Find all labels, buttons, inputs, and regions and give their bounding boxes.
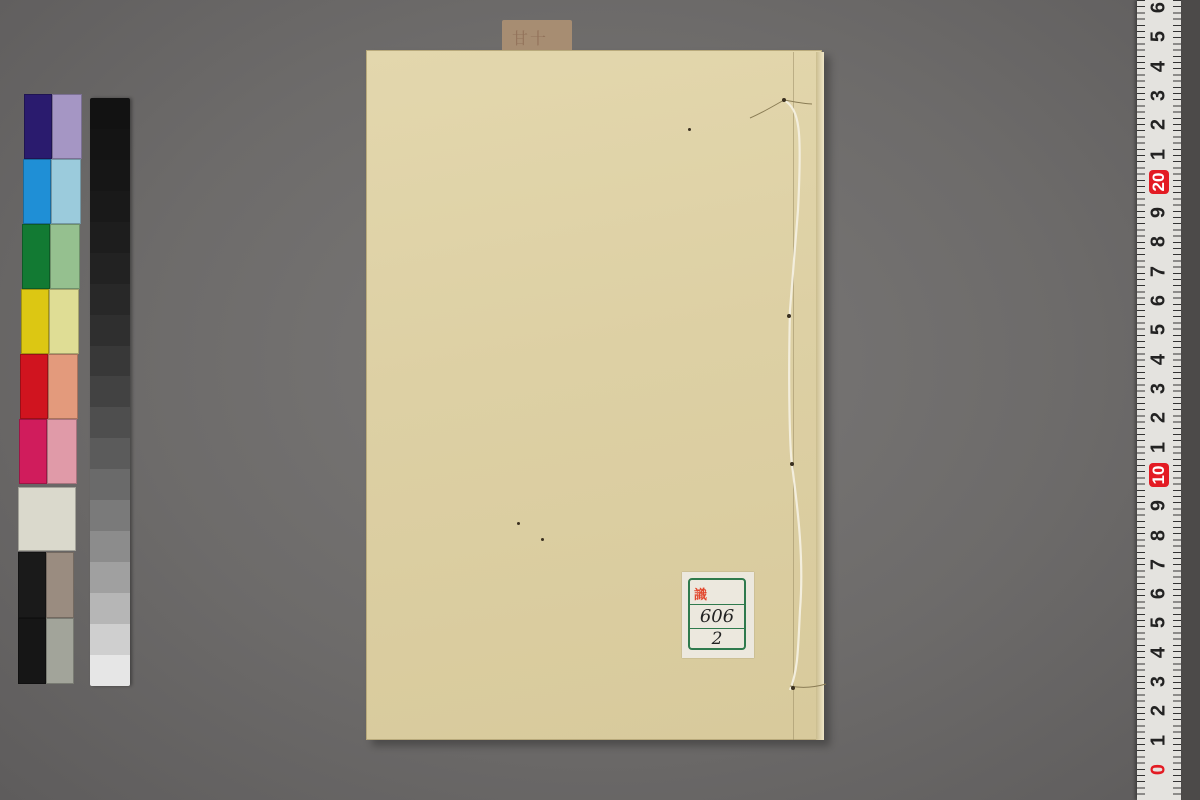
ruler-number: 6 [1148, 289, 1171, 313]
gray-step [90, 284, 130, 315]
ruler-number: 5 [1148, 25, 1171, 49]
top-tab-text: 甘十 [512, 26, 548, 49]
gray-step [90, 160, 130, 191]
ruler-number: 5 [1148, 611, 1171, 635]
black-patch [18, 552, 46, 618]
gray-step [90, 129, 130, 160]
ruler-number: 6 [1148, 0, 1171, 20]
ruler-number: 1 [1148, 142, 1171, 166]
ruler-number: 3 [1148, 83, 1171, 107]
gray-step [90, 624, 130, 655]
gray-step [90, 191, 130, 222]
color-swatch [24, 94, 52, 159]
ruler-number: 4 [1148, 347, 1171, 371]
library-call-number-label: 識 606 2 [682, 572, 754, 658]
gray-patch [46, 552, 74, 618]
gray-step [90, 469, 130, 500]
gray-step [90, 376, 130, 407]
binding-hole [782, 98, 786, 102]
binding-hole [791, 686, 795, 690]
color-swatch [51, 159, 81, 224]
gray-step [90, 222, 130, 253]
grayscale-strip [90, 98, 130, 686]
gray-step [90, 562, 130, 593]
ruler-number: 8 [1148, 230, 1171, 254]
gray-step [90, 346, 130, 377]
color-swatch [48, 354, 78, 419]
gray-step [90, 407, 130, 438]
label-header: 識 [694, 584, 707, 603]
cover-speck [541, 538, 544, 541]
ruler-number: 1 [1148, 435, 1171, 459]
color-swatch [22, 224, 50, 289]
ruler-number: 20 [1149, 170, 1169, 194]
white-patch [18, 487, 76, 551]
gray-step [90, 655, 130, 686]
label-frame: 識 606 2 [688, 578, 746, 650]
gray-step [90, 315, 130, 346]
measuring-tape: 65432120987654321109876543210 [1137, 0, 1181, 800]
color-swatch [52, 94, 82, 159]
label-divider [690, 604, 744, 605]
binding-thread [740, 90, 840, 700]
color-swatch [47, 419, 77, 484]
cover-speck [517, 522, 520, 525]
ruler-number: 1 [1148, 728, 1171, 752]
color-swatch [21, 289, 49, 354]
label-call-number: 606 [690, 606, 744, 627]
color-calibration-chart [16, 92, 116, 688]
gray-step [90, 500, 130, 531]
ruler-number: 9 [1148, 494, 1171, 518]
ruler-number: 6 [1148, 582, 1171, 606]
gray-step [90, 593, 130, 624]
ruler-number: 9 [1148, 201, 1171, 225]
ruler-number: 5 [1148, 318, 1171, 342]
color-swatch [20, 354, 48, 419]
ruler-number: 3 [1148, 377, 1171, 401]
cover-speck [688, 128, 691, 131]
ruler-number: 8 [1148, 523, 1171, 547]
ruler-number: 4 [1148, 54, 1171, 78]
gray-step [90, 253, 130, 284]
gray-step [90, 531, 130, 562]
ruler-number: 3 [1148, 670, 1171, 694]
ruler-shadow [1181, 0, 1200, 800]
gray-step [90, 438, 130, 469]
ruler-number: 2 [1148, 113, 1171, 137]
binding-hole [790, 462, 794, 466]
color-swatch [50, 224, 80, 289]
binding-hole [787, 314, 791, 318]
color-swatch [23, 159, 51, 224]
ruler-number: 4 [1148, 640, 1171, 664]
ruler-number: 2 [1148, 699, 1171, 723]
color-swatch [19, 419, 47, 484]
ruler-number: 7 [1148, 259, 1171, 283]
ruler-number: 10 [1149, 463, 1169, 487]
gray-patch [46, 618, 74, 684]
ruler-number: 0 [1148, 758, 1171, 782]
ruler-number: 7 [1148, 552, 1171, 576]
ruler-number: 2 [1148, 406, 1171, 430]
black-patch [18, 618, 46, 684]
gray-step [90, 98, 130, 129]
color-swatch [49, 289, 79, 354]
label-volume: 2 [690, 629, 744, 649]
